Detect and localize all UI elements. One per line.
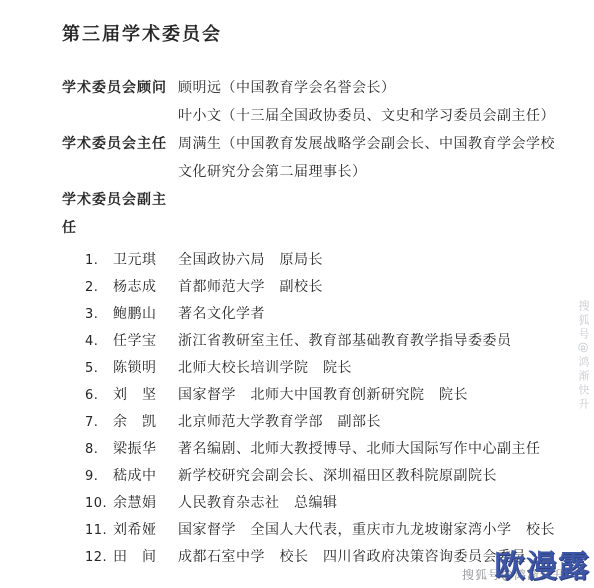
section-row: 学术委员会副主任: [62, 186, 594, 242]
deputy-description: 北师大校长培训学院 院长: [178, 355, 594, 382]
section-label: 学术委员会顾问: [62, 74, 178, 102]
deputy-name: 余 凯: [113, 409, 178, 436]
section-label: 学术委员会副主任: [62, 186, 178, 242]
deputy-row: 7.余 凯北京师范大学教育学部 副部长: [85, 409, 594, 436]
page-title: 第三届学术委员会: [0, 0, 594, 46]
deputy-number: 8.: [85, 436, 113, 463]
bottom-watermark-brand-text: 欧漫露: [494, 541, 590, 586]
deputy-description: 首都师范大学 副校长: [178, 274, 594, 301]
deputy-number: 12.: [85, 544, 113, 571]
deputy-number: 4.: [85, 328, 113, 355]
deputy-row: 1.卫元琪全国政协六局 原局长: [85, 247, 594, 274]
deputy-name: 田 间: [113, 544, 178, 571]
deputy-description: 国家督学 北师大中国教育创新研究院 院长: [178, 382, 594, 409]
section-content-line: 文化研究分会第二届理事长）: [178, 158, 594, 186]
document-page: 第三届学术委员会 学术委员会顾问顾明远（中国教育学会名誉会长）叶小文（十三届全国…: [0, 0, 594, 588]
deputy-description: 人民教育杂志社 总编辑: [178, 490, 594, 517]
deputy-number: 1.: [85, 247, 113, 274]
deputy-number: 6.: [85, 382, 113, 409]
committee-sections: 学术委员会顾问顾明远（中国教育学会名誉会长）叶小文（十三届全国政协委员、文史和学…: [62, 74, 594, 242]
section-row: 学术委员会顾问顾明远（中国教育学会名誉会长）叶小文（十三届全国政协委员、文史和学…: [62, 74, 594, 130]
deputy-row: 9.嵇成中新学校研究会副会长、深圳福田区教科院原副院长: [85, 463, 594, 490]
deputy-description: 浙江省教研室主任、教育部基础教育教学指导委委员: [178, 328, 594, 355]
deputy-description: 新学校研究会副会长、深圳福田区教科院原副院长: [178, 463, 594, 490]
deputy-row: 8.梁振华著名编剧、北师大教授博导、北师大国际写作中心副主任: [85, 436, 594, 463]
deputy-name: 刘 坚: [113, 382, 178, 409]
deputy-description: 北京师范大学教育学部 副部长: [178, 409, 594, 436]
deputy-number: 3.: [85, 301, 113, 328]
section-content-line: 周满生（中国教育发展战略学会副会长、中国教育学会学校: [178, 130, 594, 158]
deputy-row: 6.刘 坚国家督学 北师大中国教育创新研究院 院长: [85, 382, 594, 409]
section-content-line: 叶小文（十三届全国政协委员、文史和学习委员会副主任）: [178, 102, 594, 130]
deputy-number: 7.: [85, 409, 113, 436]
deputy-number: 10.: [85, 490, 113, 517]
section-content: 周满生（中国教育发展战略学会副会长、中国教育学会学校文化研究分会第二届理事长）: [178, 130, 594, 186]
deputy-row: 4.任学宝浙江省教研室主任、教育部基础教育教学指导委委员: [85, 328, 594, 355]
deputy-row: 2.杨志成首都师范大学 副校长: [85, 274, 594, 301]
deputy-number: 2.: [85, 274, 113, 301]
deputy-description: 全国政协六局 原局长: [178, 247, 594, 274]
deputy-row: 5.陈锁明北师大校长培训学院 院长: [85, 355, 594, 382]
deputy-directors-list: 1.卫元琪全国政协六局 原局长2.杨志成首都师范大学 副校长3.鲍鹏山著名文化学…: [85, 247, 594, 571]
deputy-number: 11.: [85, 517, 113, 544]
section-row: 学术委员会主任周满生（中国教育发展战略学会副会长、中国教育学会学校文化研究分会第…: [62, 130, 594, 186]
bottom-watermark: 搜狐号@鸿渐快升 欧漫露: [462, 540, 592, 588]
deputy-name: 陈锁明: [113, 355, 178, 382]
deputy-description: 著名文化学者: [178, 301, 594, 328]
section-content: 顾明远（中国教育学会名誉会长）叶小文（十三届全国政协委员、文史和学习委员会副主任…: [178, 74, 594, 130]
deputy-name: 卫元琪: [113, 247, 178, 274]
deputy-name: 鲍鹏山: [113, 301, 178, 328]
deputy-row: 10.余慧娟人民教育杂志社 总编辑: [85, 490, 594, 517]
deputy-number: 5.: [85, 355, 113, 382]
section-label: 学术委员会主任: [62, 130, 178, 158]
deputy-name: 杨志成: [113, 274, 178, 301]
deputy-number: 9.: [85, 463, 113, 490]
deputy-row: 3.鲍鹏山著名文化学者: [85, 301, 594, 328]
deputy-name: 任学宝: [113, 328, 178, 355]
deputy-name: 梁振华: [113, 436, 178, 463]
section-content-line: 顾明远（中国教育学会名誉会长）: [178, 74, 594, 102]
deputy-description: 著名编剧、北师大教授博导、北师大国际写作中心副主任: [178, 436, 594, 463]
deputy-name: 余慧娟: [113, 490, 178, 517]
deputy-name: 刘希娅: [113, 517, 178, 544]
deputy-name: 嵇成中: [113, 463, 178, 490]
side-watermark: 搜狐号@鸿渐快升: [575, 300, 591, 412]
